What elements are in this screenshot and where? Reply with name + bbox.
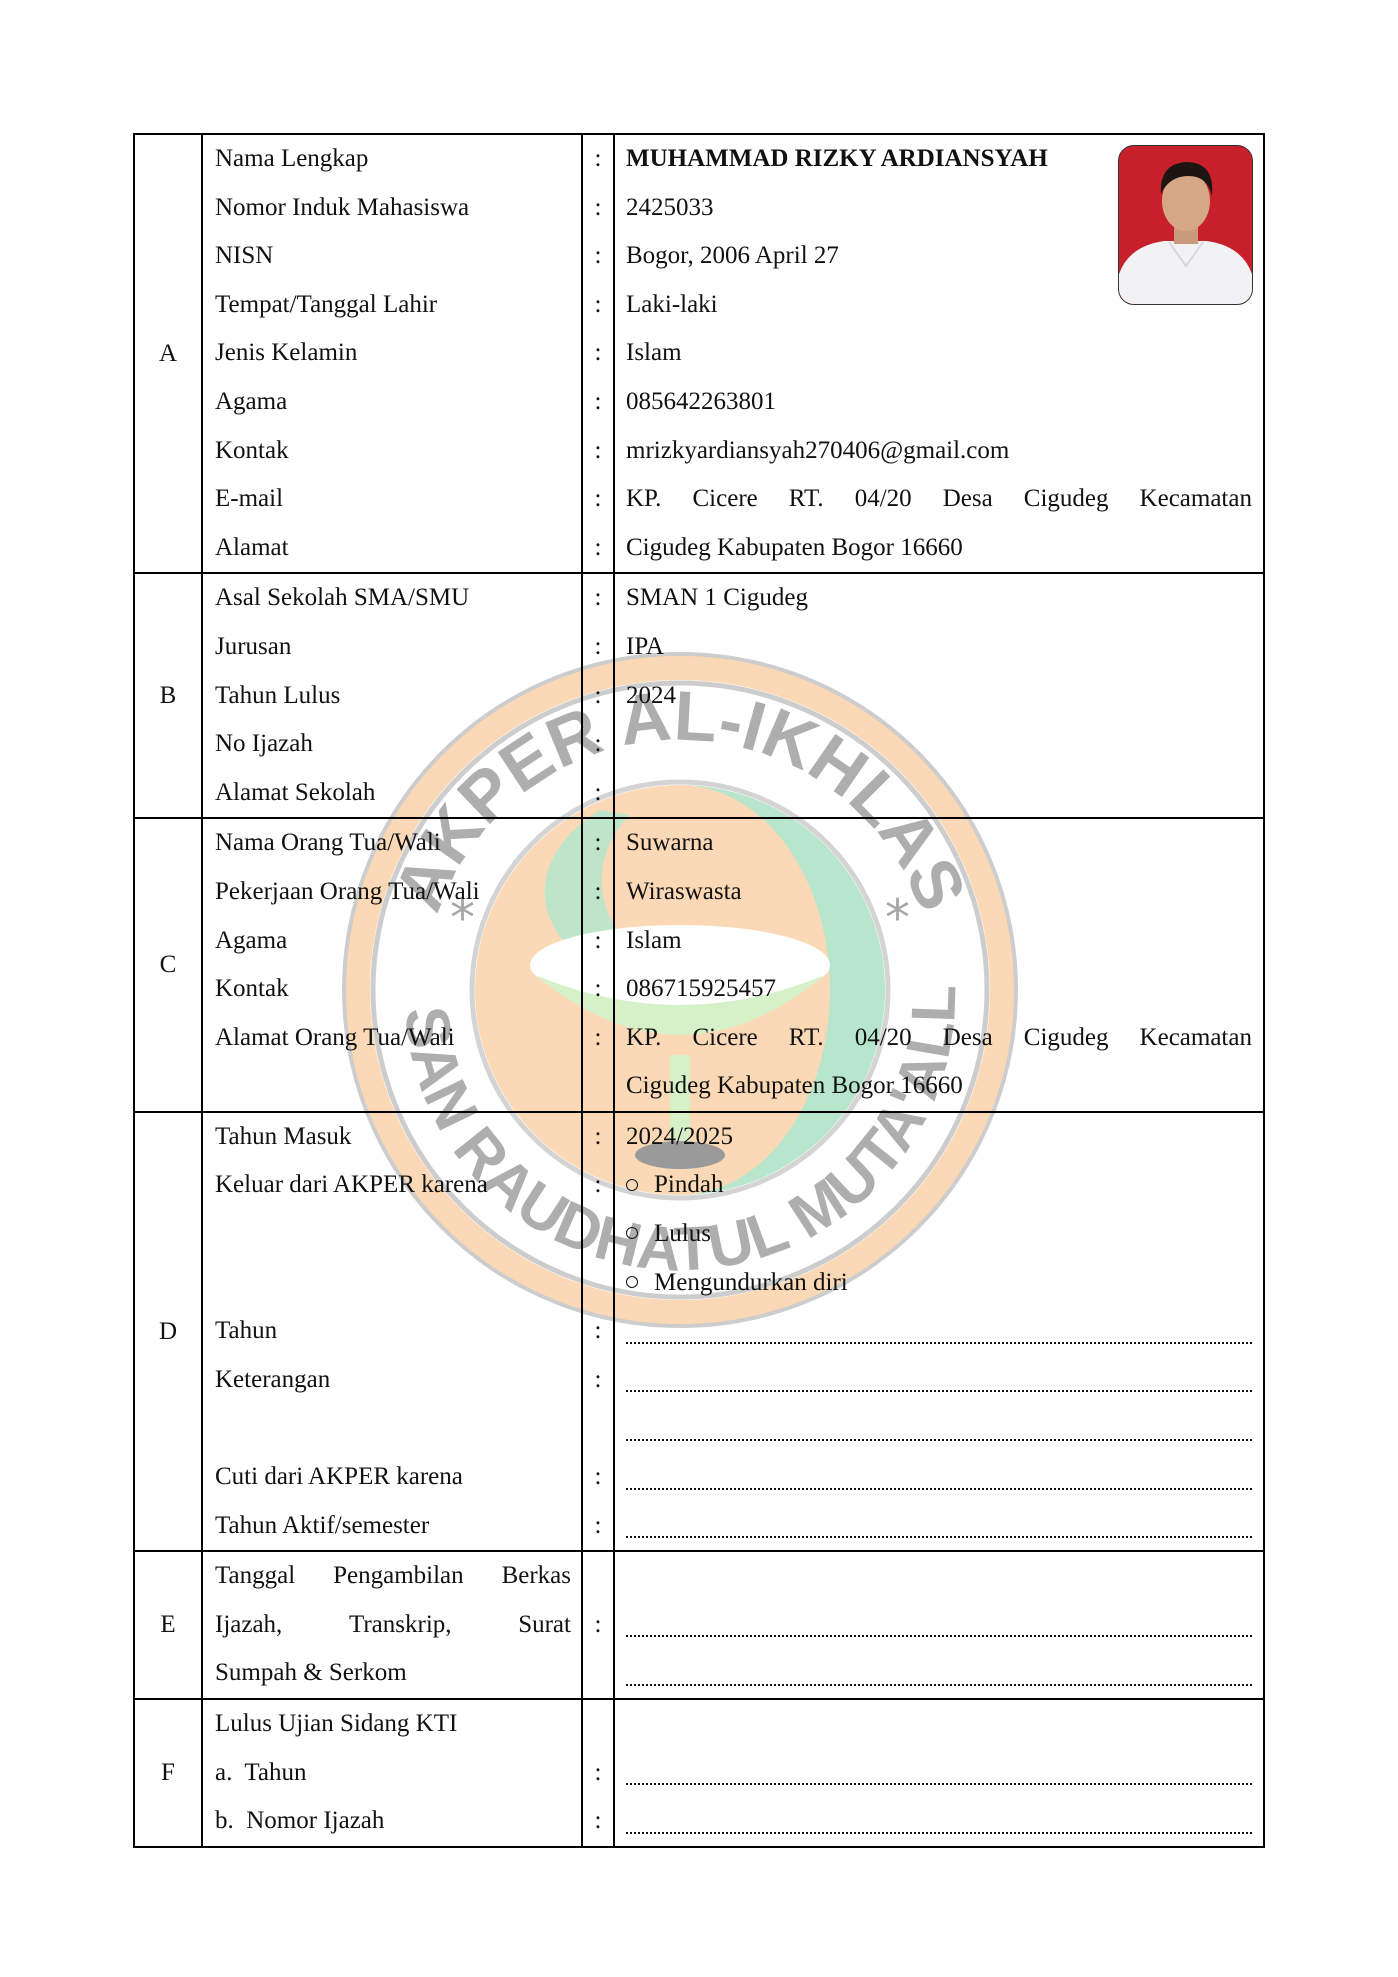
separator: :: [583, 1014, 613, 1063]
separator: :: [583, 1453, 613, 1502]
label-keterangan: Keterangan: [203, 1356, 581, 1405]
label-alamat: Alamat: [203, 524, 581, 573]
label-nim: Nomor Induk Mahasiswa: [203, 184, 581, 233]
label-tahun-kti: a. Tahun: [203, 1749, 581, 1798]
value-tahun-masuk: 2024/2025: [615, 1113, 1263, 1162]
separator: :: [583, 1161, 613, 1210]
separator: :: [583, 1113, 613, 1162]
separator: :: [583, 427, 613, 476]
section-letter: E: [134, 1551, 202, 1699]
value-asal-sekolah: SMAN 1 Cigudeg: [615, 574, 1263, 623]
label-tempat-tanggal-lahir: Tempat/Tanggal Lahir: [203, 281, 581, 330]
section-b-school-data: B Asal Sekolah SMA/SMU Jurusan Tahun Lul…: [134, 573, 1264, 818]
label-tahun-lulus: Tahun Lulus: [203, 672, 581, 721]
value-kontak-orang-tua: 086715925457: [615, 965, 1263, 1014]
option-pindah[interactable]: Pindah: [615, 1161, 1263, 1210]
fill-in-tahun-kti[interactable]: [626, 1749, 1252, 1798]
label-pengambilan-berkas-2: Ijazah,Transkrip,Surat: [203, 1601, 581, 1650]
value-no-ijazah: [615, 720, 1263, 769]
separator: :: [583, 672, 613, 721]
separator: :: [583, 574, 613, 623]
section-letter: C: [134, 818, 202, 1112]
separator: :: [583, 281, 613, 330]
separator: :: [583, 1797, 613, 1846]
section-letter: B: [134, 573, 202, 818]
section-letter: F: [134, 1699, 202, 1847]
label-email: E-mail: [203, 475, 581, 524]
separator: :: [583, 378, 613, 427]
label-lulus-ujian-kti: Lulus Ujian Sidang KTI: [203, 1700, 581, 1749]
label-pengambilan-berkas-3: Sumpah & Serkom: [203, 1649, 581, 1698]
label-nisn: NISN: [203, 232, 581, 281]
label-asal-sekolah: Asal Sekolah SMA/SMU: [203, 574, 581, 623]
radio-circle-icon[interactable]: [626, 1179, 638, 1191]
fill-in-tanggal-pengambilan-2[interactable]: [626, 1649, 1252, 1698]
label-tahun-masuk: Tahun Masuk: [203, 1113, 581, 1162]
value-pekerjaan-orang-tua: Wiraswasta: [615, 868, 1263, 917]
label-kontak-orang-tua: Kontak: [203, 965, 581, 1014]
fill-in-keterangan-1[interactable]: [626, 1356, 1252, 1405]
separator: :: [583, 184, 613, 233]
fill-in-tanggal-pengambilan-1[interactable]: [626, 1601, 1252, 1650]
value-alamat-orang-tua-line2: Cigudeg Kabupaten Bogor 16660: [615, 1062, 1263, 1111]
label-nama-lengkap: Nama Lengkap: [203, 135, 581, 184]
value-tahun-lulus: 2024: [615, 672, 1263, 721]
separator: :: [583, 232, 613, 281]
label-nama-orang-tua: Nama Orang Tua/Wali: [203, 819, 581, 868]
section-a-personal-data: A Nama Lengkap Nomor Induk Mahasiswa NIS…: [134, 134, 1264, 573]
label-tahun: Tahun: [203, 1307, 581, 1356]
value-alamat-line2: Cigudeg Kabupaten Bogor 16660: [615, 524, 1263, 573]
fill-in-cuti-karena[interactable]: [626, 1453, 1252, 1502]
separator: :: [583, 1356, 613, 1405]
label-pekerjaan-orang-tua: Pekerjaan Orang Tua/Wali: [203, 868, 581, 917]
section-e-document-pickup: E TanggalPengambilanBerkas Ijazah,Transk…: [134, 1551, 1264, 1699]
section-f-kti-exam: F Lulus Ujian Sidang KTI a. Tahun b. Nom…: [134, 1699, 1264, 1847]
separator: :: [583, 868, 613, 917]
label-pengambilan-berkas-1: TanggalPengambilanBerkas: [203, 1552, 581, 1601]
radio-circle-icon[interactable]: [626, 1276, 638, 1288]
separator: :: [583, 135, 613, 184]
separator: :: [583, 623, 613, 672]
separator: :: [583, 475, 613, 524]
student-photo: [1118, 145, 1253, 305]
label-alamat-orang-tua: Alamat Orang Tua/Wali: [203, 1014, 581, 1063]
section-letter: D: [134, 1112, 202, 1551]
fill-in-tahun[interactable]: [626, 1307, 1252, 1356]
label-agama: Agama: [203, 378, 581, 427]
value-kontak: 085642263801: [615, 378, 1263, 427]
section-d-academic-status: D Tahun Masuk Keluar dari AKPER karena T…: [134, 1112, 1264, 1551]
label-tahun-aktif-semester: Tahun Aktif/semester: [203, 1502, 581, 1551]
value-jurusan: IPA: [615, 623, 1263, 672]
separator: :: [583, 1307, 613, 1356]
student-record-table: A Nama Lengkap Nomor Induk Mahasiswa NIS…: [133, 133, 1265, 1848]
label-no-ijazah: No Ijazah: [203, 720, 581, 769]
label-jenis-kelamin: Jenis Kelamin: [203, 329, 581, 378]
value-alamat-orang-tua-line1: KP.CicereRT.04/20DesaCigudegKecamatan: [615, 1014, 1263, 1063]
separator: :: [583, 720, 613, 769]
value-agama-orang-tua: Islam: [615, 917, 1263, 966]
fill-in-tahun-aktif[interactable]: [626, 1502, 1252, 1551]
label-jurusan: Jurusan: [203, 623, 581, 672]
section-c-parent-data: C Nama Orang Tua/Wali Pekerjaan Orang Tu…: [134, 818, 1264, 1112]
label-cuti-karena: Cuti dari AKPER karena: [203, 1453, 581, 1502]
fill-in-keterangan-2[interactable]: [626, 1404, 1252, 1453]
value-agama: Islam: [615, 329, 1263, 378]
label-kontak: Kontak: [203, 427, 581, 476]
person-portrait-icon: [1119, 146, 1252, 304]
label-nomor-ijazah: b. Nomor Ijazah: [203, 1797, 581, 1846]
separator: :: [583, 769, 613, 818]
label-keluar-karena: Keluar dari AKPER karena: [203, 1161, 581, 1210]
section-letter: A: [134, 134, 202, 573]
separator: :: [583, 1749, 613, 1798]
option-mengundurkan-diri[interactable]: Mengundurkan diri: [615, 1259, 1263, 1308]
value-email: mrizkyardiansyah270406@gmail.com: [615, 427, 1263, 476]
value-nama-orang-tua: Suwarna: [615, 819, 1263, 868]
option-lulus[interactable]: Lulus: [615, 1210, 1263, 1259]
separator: :: [583, 1502, 613, 1551]
separator: :: [583, 1601, 613, 1650]
label-agama-orang-tua: Agama: [203, 917, 581, 966]
separator: :: [583, 524, 613, 573]
radio-circle-icon[interactable]: [626, 1227, 638, 1239]
label-alamat-sekolah: Alamat Sekolah: [203, 769, 581, 818]
separator: :: [583, 965, 613, 1014]
value-alamat-sekolah: [615, 769, 1263, 818]
separator: :: [583, 917, 613, 966]
value-alamat-line1: KP.CicereRT.04/20DesaCigudegKecamatan: [615, 475, 1263, 524]
separator: :: [583, 329, 613, 378]
separator: :: [583, 819, 613, 868]
fill-in-nomor-ijazah[interactable]: [626, 1797, 1252, 1846]
